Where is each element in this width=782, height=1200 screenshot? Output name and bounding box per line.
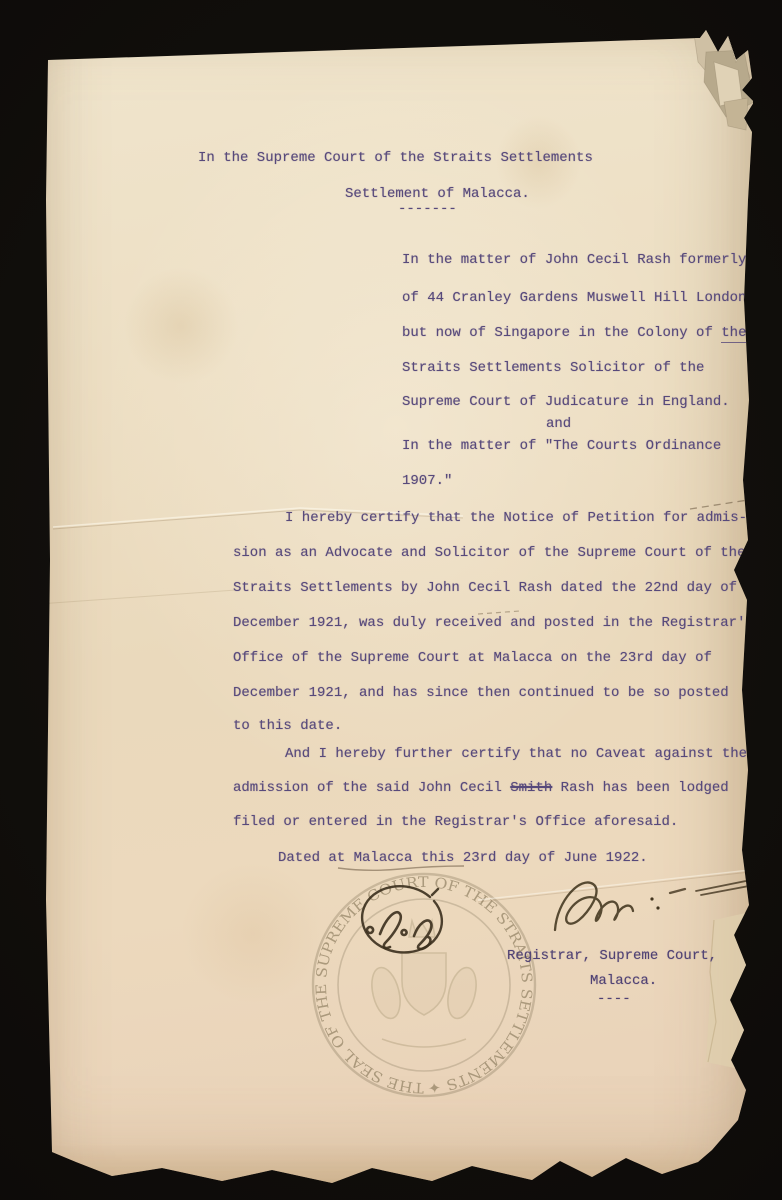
signature-role-line1: Registrar, Supreme Court, xyxy=(507,948,717,965)
document-paper: THE SEAL OF THE SUPREME COURT OF THE STR… xyxy=(38,22,753,1190)
body-line: December 1921, was duly received and pos… xyxy=(233,615,754,632)
paper-creases xyxy=(38,508,750,902)
body-line: filed or entered in the Registrar's Offi… xyxy=(233,814,678,831)
signature-role-line2: Malacca. xyxy=(590,973,657,990)
heading-rule: ------- xyxy=(398,201,457,218)
matter-line: Straits Settlements Solicitor of the xyxy=(402,360,704,377)
body-line: Straits Settlements by John Cecil Rash d… xyxy=(233,580,737,597)
matter-line: In the matter of John Cecil Rash formerl… xyxy=(402,252,746,269)
body-line: And I hereby further certify that no Cav… xyxy=(285,746,747,763)
signature-rule: ---- xyxy=(597,991,631,1008)
torn-corner-crumple xyxy=(693,27,753,130)
body-line: to this date. xyxy=(233,718,342,735)
matter-line3-prefix: but now of Singapore in the Colony of xyxy=(402,325,721,341)
struck-out-word: Smith xyxy=(510,780,552,796)
matter-line: Supreme Court of Judicature in England. xyxy=(402,394,730,411)
torn-bottom-fibers xyxy=(38,1144,753,1190)
matter-line: of 44 Cranley Gardens Muswell Hill Londo… xyxy=(402,290,746,307)
body-line: sion as an Advocate and Solicitor of the… xyxy=(233,545,745,562)
photo-background: THE SEAL OF THE SUPREME COURT OF THE STR… xyxy=(0,0,782,1200)
matter-line: In the matter of "The Courts Ordinance xyxy=(402,438,721,455)
matter-line: 1907." xyxy=(402,473,452,490)
body-line: Office of the Supreme Court at Malacca o… xyxy=(233,650,712,667)
matter-line3-underlined-word: the xyxy=(721,325,746,343)
p2-line2-suffix: Rash has been lodged xyxy=(552,780,728,796)
seal-initials-mark xyxy=(362,886,442,952)
dated-line: Dated at Malacca this 23rd day of June 1… xyxy=(278,850,648,867)
body-line: admission of the said John Cecil Smith R… xyxy=(233,780,729,797)
court-heading-line1: In the Supreme Court of the Straits Sett… xyxy=(198,150,593,167)
body-line: I hereby certify that the Notice of Peti… xyxy=(285,510,747,527)
matter-conjunction: and xyxy=(546,416,571,433)
torn-edge-patch xyxy=(706,912,750,1070)
matter-line: but now of Singapore in the Colony of th… xyxy=(402,325,746,342)
body-line: December 1921, and has since then contin… xyxy=(233,685,729,702)
p2-line2-prefix: admission of the said John Cecil xyxy=(233,780,510,796)
